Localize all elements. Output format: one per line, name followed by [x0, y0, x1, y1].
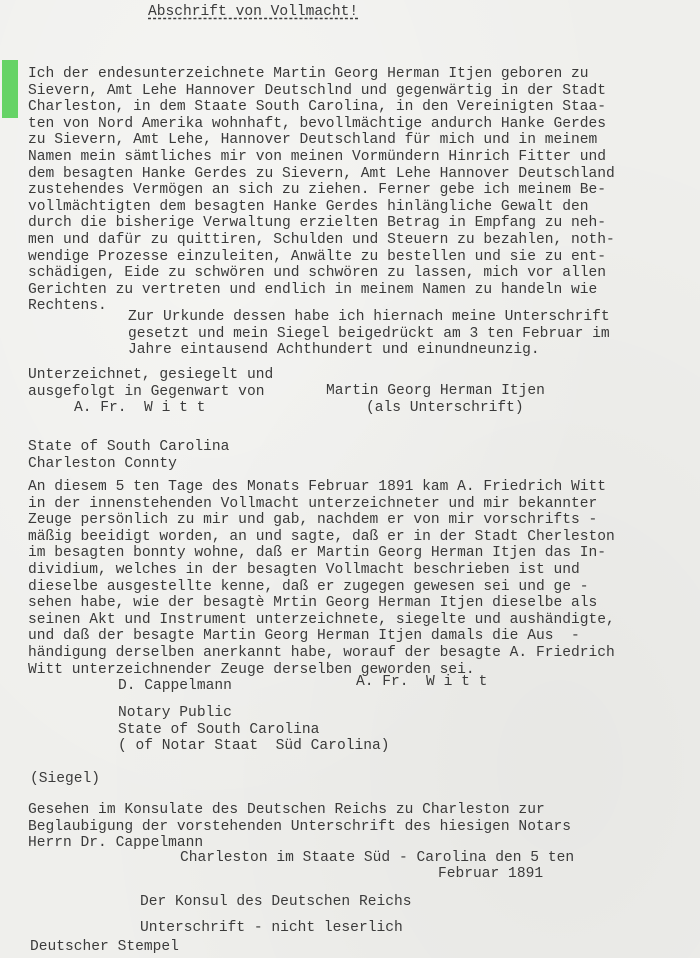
text-line: Witt unterzeichnender Zeuge derselben ge…	[28, 662, 615, 679]
text-line: seinen Akt und Instrument unterzeichnete…	[28, 612, 615, 629]
text-line: Zur Urkunde dessen habe ich hiernach mei…	[128, 309, 610, 326]
text-line: Jahre eintausend Achthundert und einundn…	[128, 342, 610, 359]
text-line: An diesem 5 ten Tage des Monats Februar …	[28, 479, 615, 496]
text-line: zu Sievern, Amt Lehe, Hannover Deutschla…	[28, 132, 615, 149]
text-line: sehen habe, wie der besagtè Mrtin Georg …	[28, 595, 615, 612]
text-line: mäßig beeidigt worden, an und sagte, daß…	[28, 529, 615, 546]
text-line: Gesehen im Konsulate des Deutschen Reich…	[28, 802, 571, 819]
text-line: Zeuge persönlich zu mir und gab, nachdem…	[28, 512, 615, 529]
text-line: dieselbe ausgestellte kenne, daß er zuge…	[28, 579, 615, 596]
text-line: Charleston, in dem Staate South Carolina…	[28, 99, 615, 116]
text-line: dividium, welches in der besagten Vollma…	[28, 562, 615, 579]
witness-line-1: Unterzeichnet, gesiegelt und	[28, 367, 273, 384]
text-line: vollmächtigten dem besagten Hanke Gerdes…	[28, 199, 615, 216]
county-line: Charleston Connty	[28, 456, 229, 473]
text-line: men und dafür zu quittiren, Schulden und…	[28, 232, 615, 249]
notary-translation: ( of Notar Staat Süd Carolina)	[118, 738, 390, 755]
notary-block: Notary Public State of South Carolina ( …	[118, 705, 390, 755]
notary-signature: D. Cappelmann	[118, 678, 232, 695]
consulate-paragraph: Gesehen im Konsulate des Deutschen Reich…	[28, 802, 571, 852]
text-line: dem besagten Hanke Gerdes zu Sievern, Am…	[28, 166, 615, 183]
highlight-marker	[2, 60, 18, 118]
text-line: gesetzt und mein Siegel beigedrückt am 3…	[128, 326, 610, 343]
paragraph-power-of-attorney: Ich der endesunterzeichnete Martin Georg…	[28, 66, 615, 315]
text-line: Sievern, Amt Lehe Hannover Deutschlnd un…	[28, 83, 615, 100]
text-line: zustehendes Vermögen an sich zu ziehen. …	[28, 182, 615, 199]
text-line: Gerichten zu vertreten und endlich in me…	[28, 282, 615, 299]
stamp-note: Deutscher Stempel	[30, 939, 179, 956]
text-line: im besagten bonnty wohne, daß er Martin …	[28, 545, 615, 562]
document-page: Abschrift von Vollmacht! Ich der endesun…	[0, 0, 700, 958]
signer-name: Martin Georg Herman Itjen	[326, 383, 545, 400]
consul-signature: Unterschrift - nicht leserlich	[140, 920, 403, 937]
witness-block: Unterzeichnet, gesiegelt und ausgefolgt …	[28, 367, 273, 400]
notary-state: State of South Carolina	[118, 722, 390, 739]
witness-line-2: ausgefolgt in Gegenwart von	[28, 384, 273, 401]
paragraph-attestation: Zur Urkunde dessen habe ich hiernach mei…	[128, 309, 610, 359]
text-line: Namen mein sämtliches mir von meinen Vor…	[28, 149, 615, 166]
text-line: schädigen, Eide zu schwören und schwören…	[28, 265, 615, 282]
document-title: Abschrift von Vollmacht!	[148, 4, 358, 20]
jurisdiction-block: State of South Carolina Charleston Connt…	[28, 439, 229, 472]
consul-title: Der Konsul des Deutschen Reichs	[140, 894, 412, 911]
signer-note: (als Unterschrift)	[366, 400, 524, 417]
text-line: Ich der endesunterzeichnete Martin Georg…	[28, 66, 615, 83]
notary-title: Notary Public	[118, 705, 390, 722]
place-date-line-2: Februar 1891	[438, 866, 543, 883]
seal-note: (Siegel)	[30, 771, 100, 788]
text-line: ten von Nord Amerika wohnhaft, bevollmäc…	[28, 116, 615, 133]
witness-signature: A. Fr. W i t t	[356, 674, 487, 691]
text-line: und daß der besagte Martin Georg Herman …	[28, 628, 615, 645]
text-line: in der innenstehenden Vollmacht unterzei…	[28, 496, 615, 513]
text-line: wendige Prozesse einzuleiten, Anwälte zu…	[28, 249, 615, 266]
paragraph-notary-statement: An diesem 5 ten Tage des Monats Februar …	[28, 479, 615, 678]
text-line: händigung derselben anerkannt habe, wora…	[28, 645, 615, 662]
place-date-line-1: Charleston im Staate Süd - Carolina den …	[180, 850, 574, 867]
text-line: Beglaubigung der vorstehenden Unterschri…	[28, 819, 571, 836]
text-line: durch die bisherige Verwaltung erzielten…	[28, 215, 615, 232]
state-line: State of South Carolina	[28, 439, 229, 456]
witness-name: A. Fr. W i t t	[74, 400, 205, 417]
